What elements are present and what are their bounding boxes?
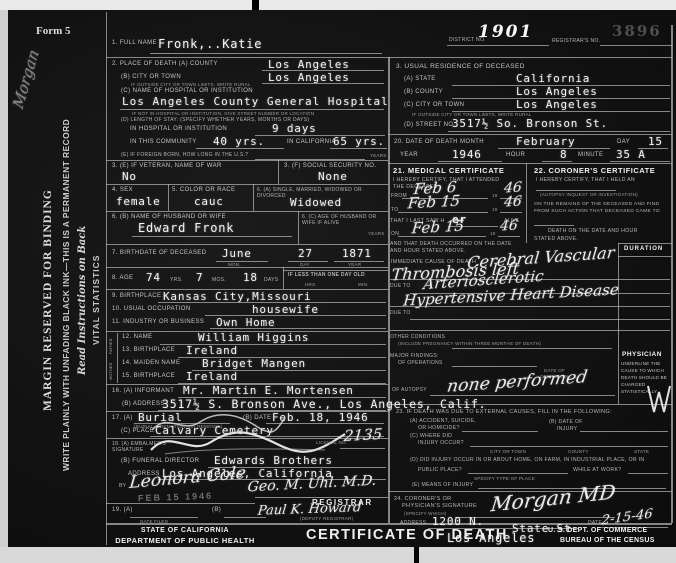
informant-value: Mr. Martin E. Mortensen <box>183 384 354 397</box>
footer-typed-city: Los Angeles <box>447 531 535 545</box>
residence-label: 3. USUAL RESIDENCE OF DECEASED <box>396 63 525 70</box>
disposition-label: 17. (A) <box>112 415 133 421</box>
external-d-line2: PUBLIC PLACE? <box>418 467 462 473</box>
due-to-label-2: DUE TO <box>390 310 411 316</box>
external-place-type-label: SPECIFY TYPE OF PLACE <box>474 476 535 481</box>
death-month-value: February <box>516 135 575 148</box>
coroner-line3: ON THE REMAINS OF THE DECEASED AND FIND <box>534 202 659 207</box>
death-certificate-scan: { "colors": { "paper": "#121212", "ink":… <box>0 0 676 563</box>
birthdate-label: 7. BIRTHDATE OF DECEASED <box>112 250 206 256</box>
hospital-label: (C) NAME OF HOSPITAL OR INSTITUTION <box>121 88 253 94</box>
birthdate-day: 27 <box>298 247 313 260</box>
father-name-value: William Higgins <box>198 331 309 344</box>
coroner-line2: (AUTOPSY INQUEST OR INVESTIGATION) <box>540 192 638 197</box>
age-hrs-label: HRS. <box>305 282 317 287</box>
mother-birthplace-value: Ireland <box>186 370 238 383</box>
medical-certificate-title: 21. MEDICAL CERTIFICATE <box>393 166 504 175</box>
margin-instructions-text: Read Instructions on Back <box>77 140 88 460</box>
registrar-no-label: REGISTRAR'S NO. <box>552 38 600 44</box>
in-hospital-value: 9 days <box>272 122 317 135</box>
place-of-death-label: 2. PLACE OF DEATH (A) COUNTY <box>112 61 218 67</box>
margin-divider <box>106 12 107 545</box>
age-min-label: MIN. <box>358 282 369 287</box>
death-year-label: YEAR <box>400 152 418 158</box>
center-divider <box>388 57 390 523</box>
sig24-address-label: ADDRESS <box>400 520 426 526</box>
external-b-line1: (B) DATE OF <box>549 419 583 425</box>
age-days-value: 18 <box>243 271 258 284</box>
external-b-line2: INJURY <box>557 426 577 432</box>
coroner-line4: FROM SUCH ACTION THAT DECEASED CAME TO <box>534 209 660 214</box>
spouse-value: Edward Fronk <box>138 221 234 235</box>
medical-on-value: Feb 15 <box>411 217 465 238</box>
sex-label: 4. SEX <box>112 187 133 193</box>
industry-label: 11. INDUSTRY OR BUSINESS <box>112 319 204 325</box>
margin-handwriting: Morgan <box>9 47 42 112</box>
right-border <box>671 25 673 523</box>
age-days-label: DAYS <box>264 277 278 283</box>
coroner-line6: STATED ABOVE. <box>534 236 578 242</box>
grid-top <box>106 57 672 58</box>
informant-address-label: (B) ADDRESS <box>122 401 165 407</box>
occupation-label: 10. USUAL OCCUPATION <box>112 306 191 312</box>
external-state-label: STATE <box>634 449 649 454</box>
other-conditions-note: (INCLUDE PREGNANCY WITHIN THREE MONTHS O… <box>398 341 541 346</box>
foreign-years-label: YEARS <box>370 153 387 158</box>
date-received-stamp: FEB 15 1946 <box>138 491 213 504</box>
age-yrs-label: YRS. <box>170 277 183 283</box>
birthdate-mon-sub: MON. <box>228 262 241 267</box>
deputy-registrar-label: (DEPUTY REGISTRAR) <box>300 516 353 521</box>
veteran-value: No <box>122 170 137 183</box>
birthdate-year: 1871 <box>342 247 372 260</box>
age-mos-label: MOS. <box>212 277 226 283</box>
margin-scribble-mark <box>646 382 672 416</box>
margin-vital-statistics: VITAL STATISTICS <box>91 160 101 440</box>
death-year-value: 1946 <box>452 148 482 161</box>
death-city-note: IF OUTSIDE CITY OR TOWN LIMITS, WRITE RU… <box>131 82 251 87</box>
district-no-value: 1901 <box>478 22 533 42</box>
margin-binding-text: MARGIN RESERVED FOR BINDING <box>42 110 54 490</box>
birthplace-label: 9. BIRTHPLACE <box>112 293 161 299</box>
medical-occurred-line1: AND THAT DEATH OCCURRED ON THE DATE <box>390 241 512 247</box>
father-name-label: 12. NAME <box>122 334 153 340</box>
duration-label: DURATION <box>624 246 663 252</box>
age-label: 8. AGE <box>112 275 133 281</box>
age-less-than-day-label: IF LESS THAN ONE DAY OLD <box>288 272 365 278</box>
bottom-paper-edge <box>0 547 676 563</box>
medical-to-value: Feb 15 <box>407 192 461 213</box>
registrar-no-value: 3896 <box>612 22 662 40</box>
in-hospital-label: IN HOSPITAL OR INSTITUTION <box>130 126 227 132</box>
ssn-label: 3. (F) SOCIAL SECURITY NO. <box>284 163 376 169</box>
death-day-label: DAY <box>617 139 630 145</box>
age-yrs-value: 74 <box>146 271 161 284</box>
external-means-label: (E) MEANS OF INJURY <box>412 482 473 488</box>
footer-state-line2: DEPARTMENT OF PUBLIC HEALTH <box>110 536 260 545</box>
full-name-label: 1. FULL NAME <box>112 40 157 46</box>
footer-federal-line2: BUREAU OF THE CENSUS <box>560 537 655 544</box>
death-hour-value: 8 <box>560 148 567 161</box>
spouse-label: 6. (B) NAME OF HUSBAND OR WIFE <box>112 214 226 220</box>
external-d-line1: (D) DID INJURY OCCUR IN OR ABOUT HOME, O… <box>410 457 644 463</box>
external-a-line2: OR HOMICIDE? <box>418 425 460 431</box>
license-value: 2135 <box>343 425 383 445</box>
external-c-line1: (C) WHERE DID <box>410 433 452 439</box>
mother-side-label: MOTHER <box>108 359 113 383</box>
hospital-value: Los Angeles County General Hospital <box>122 95 389 108</box>
coroner-certificate-title: 22. CORONER'S CERTIFICATE <box>534 166 655 175</box>
residence-city-value: Los Angeles <box>516 98 598 111</box>
father-side-label: FATHER <box>108 334 113 358</box>
sig24-date-label: DATE <box>588 520 602 526</box>
residence-state-value: California <box>516 72 590 85</box>
medical-on-19: 19 <box>490 231 496 236</box>
external-at-work-label: WHILE AT WORK? <box>573 467 621 473</box>
hospital-note: IF NOT IN HOSPITAL OR INSTITUTION, GIVE … <box>132 111 314 116</box>
major-findings-label: MAJOR FINDINGS: <box>390 353 439 359</box>
father-birthplace-label: 13. BIRTHPLACE <box>122 347 175 353</box>
sig24-line1: 24. CORONER'S OR <box>394 496 451 502</box>
due-to-label-1: DUE TO <box>390 283 411 289</box>
date-filed-label: DATE FILED <box>140 519 168 524</box>
form-number-label: Form 5 <box>36 25 71 37</box>
physician-signature: Morgan MD <box>490 480 617 517</box>
foreign-born-label: (E) IF FOREIGN BORN, HOW LONG IN THE U.S… <box>121 152 248 158</box>
death-hour-label: HOUR <box>506 152 525 158</box>
residence-city-label: (C) CITY OR TOWN <box>404 102 464 108</box>
age-mos-value: 7 <box>196 271 203 284</box>
medical-occurred-line2: AND HOUR STATED ABOVE. <box>390 248 466 254</box>
father-birthplace-value: Ireland <box>186 344 238 357</box>
funeral-director-label: (B) FUNERAL DIRECTOR <box>121 458 199 464</box>
external-county-label: COUNTY <box>568 449 589 454</box>
sex-value: female <box>116 195 161 208</box>
footer-state-line1: STATE OF CALIFORNIA <box>110 527 260 534</box>
operations-label: OF OPERATIONS <box>398 360 443 366</box>
marital-value: Widowed <box>290 196 342 209</box>
coroner-line1: I HEREBY CERTIFY, THAT I HELD AN <box>536 177 635 183</box>
birthdate-month: June <box>222 247 252 260</box>
community-value: 40 yrs. <box>213 135 265 148</box>
death-minute-value: 35 A <box>616 148 646 161</box>
medical-on-year: 46 <box>499 218 518 235</box>
external-city-label: CITY OR TOWN <box>490 449 526 454</box>
other-conditions-label: OTHER CONDITIONS <box>390 334 445 340</box>
veteran-label: 3. (E) IF VETERAN, NAME OF WAR <box>112 163 222 169</box>
mother-birthplace-label: 15. BIRTHPLACE <box>122 373 175 379</box>
sig24-line2: PHYSICIAN'S SIGNATURE <box>402 503 477 509</box>
by-label: BY <box>119 483 126 489</box>
medical-to-year: 46 <box>503 194 522 211</box>
death-day-value: 15 <box>648 135 663 148</box>
full-name-value: Fronk,..Katie <box>158 37 262 51</box>
by-signature: Leonora Cole <box>128 463 246 493</box>
certificate-body: Form 5 Morgan MARGIN RESERVED FOR BINDIN… <box>8 10 676 547</box>
residence-state-label: (A) STATE <box>404 76 436 82</box>
filed-label: 19. (A) <box>112 507 133 513</box>
external-a-line1: (A) ACCIDENT, SUICIDE, <box>410 418 476 424</box>
autopsy-label: OF AUTOPSY <box>392 387 427 393</box>
race-value: cauc <box>194 195 224 208</box>
informant-address-value: 3517½ S. Bronson Ave., Los Angeles, Cali… <box>162 397 486 411</box>
filed-b-label: (B) <box>212 507 221 513</box>
california-years-label: IN CALIFORNIA <box>287 139 336 145</box>
residence-street-label: (D) STREET NO. <box>404 122 456 128</box>
community-label: IN THIS COMMUNITY <box>130 139 197 145</box>
mother-name-value: Bridget Mangen <box>202 357 306 370</box>
ssn-value: None <box>318 170 348 183</box>
margin-ink-text: WRITE PLAINLY WITH UNFADING BLACK INK—TH… <box>61 55 71 535</box>
date-of-death-label: 20. DATE OF DEATH MONTH <box>394 139 484 145</box>
california-years-value: 65 yrs. <box>333 135 385 148</box>
medical-to-19: 19 <box>492 207 498 212</box>
birthdate-day-sub: DAY <box>300 262 310 267</box>
autopsy-value: none performed <box>446 367 589 397</box>
sig24-date-value: 2-15-46 <box>601 507 653 529</box>
birthdate-year-sub: YEAR <box>348 262 361 267</box>
external-c-line2: INJURY OCCUR? <box>418 440 464 446</box>
race-label: 5. COLOR OR RACE <box>172 187 235 193</box>
residence-street-value: 3517½ So. Bronson St. <box>452 117 608 130</box>
death-minute-label: MINUTE <box>578 152 603 158</box>
spouse-age-years-label: YEARS <box>368 231 385 236</box>
death-city-label: (B) CITY OR TOWN <box>121 74 181 80</box>
mother-name-label: 14. MAIDEN NAME <box>122 360 180 366</box>
residence-county-label: (B) COUNTY <box>404 89 443 95</box>
medical-from-19: 19 <box>492 193 498 198</box>
coroner-line5: DEATH ON THE DATE AND HOUR <box>548 228 638 234</box>
informant-label: 16. (A) INFORMANT <box>112 388 174 394</box>
parents-bracket <box>117 333 118 383</box>
residence-county-value: Los Angeles <box>516 85 598 98</box>
spouse-age-label: 6. (C) AGE OF HUSBAND OR WIFE IF ALIVE <box>302 214 382 226</box>
physician-box-title: PHYSICIAN <box>622 351 662 358</box>
